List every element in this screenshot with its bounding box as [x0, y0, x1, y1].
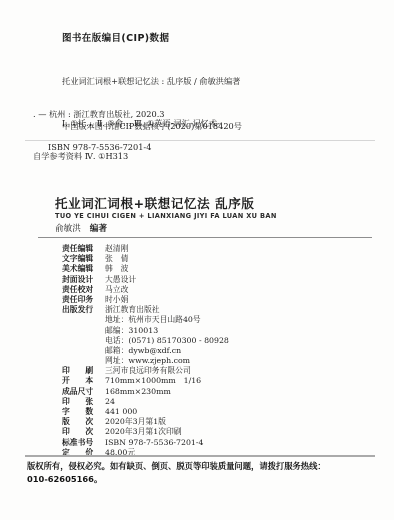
credit-row: 出版发行 浙江教育出版社	[62, 305, 229, 315]
credit-value: 赵清刚	[105, 244, 128, 254]
spec-row: 版 次 2020年3月第1版	[62, 417, 229, 427]
credit-row: 责任编辑 赵清刚	[62, 244, 229, 254]
cip-record-number: 中国版本图书馆CIP数据核字(2020)第018420号	[62, 121, 242, 132]
spec-label: 开 本	[62, 376, 105, 386]
credit-label: 出版发行	[62, 305, 105, 315]
spec-value: 24	[105, 397, 115, 407]
cip-header: 图书在版编目(CIP)数据	[62, 30, 169, 44]
spec-row: 印 刷 三河市良远印务有限公司	[62, 366, 229, 376]
spec-row: 标准书号 ISBN 978-7-5536-7201-4	[62, 438, 229, 448]
publisher-detail-line: 地址：杭州市天目山路40号	[62, 315, 229, 325]
spec-value: 2020年3月第1次印刷	[105, 427, 182, 437]
divider	[25, 455, 375, 457]
publisher-detail-line: 邮编：310013	[62, 326, 229, 336]
copyright-notice-line: 版权所有，侵权必究。如有缺页、倒页、脱页等印装质量问题，请拨打服务热线：	[27, 460, 373, 473]
spec-label: 字 数	[62, 407, 105, 417]
spec-label: 印 张	[62, 397, 105, 407]
spec-row: 成品尺寸 168mm×230mm	[62, 387, 229, 397]
credit-row: 文字编辑 张 倩	[62, 254, 229, 264]
copyright-notice: 版权所有，侵权必究。如有缺页、倒页、脱页等印装质量问题，请拨打服务热线： 010…	[27, 460, 373, 485]
divider	[38, 237, 372, 238]
spec-label: 成品尺寸	[62, 387, 105, 397]
spec-label: 版 次	[62, 417, 105, 427]
credit-row: 责任校对 马立改	[62, 285, 229, 295]
book-copyright-page: 图书在版编目(CIP)数据 托业词汇词根+联想记忆法 : 乱序版 / 俞敏洪编著…	[0, 0, 394, 520]
spec-row: 开 本 710mm×1000mm 1/16	[62, 376, 229, 386]
credit-value: 浙江教育出版社	[105, 305, 160, 315]
book-title: 托业词汇词根+联想记忆法 乱序版	[55, 194, 254, 212]
publication-info: 责任编辑 赵清刚 文字编辑 张 倩 美术编辑 韩 波 封面设计 大愚设计 责任校…	[62, 244, 229, 458]
credit-value: 韩 波	[105, 264, 128, 274]
credit-label: 责任印务	[62, 295, 105, 305]
spec-row: 印 次 2020年3月第1次印刷	[62, 427, 229, 437]
author-role: 编著	[90, 224, 107, 234]
spec-label: 标准书号	[62, 438, 105, 448]
book-title-pinyin: TUO YE CIHUI CIGEN + LIANXIANG JIYI FA L…	[55, 212, 277, 220]
spec-row: 字 数 441 000	[62, 407, 229, 417]
publisher-detail-line: 网址：www.zjeph.com	[62, 356, 229, 366]
credit-label: 封面设计	[62, 275, 105, 285]
credit-row: 封面设计 大愚设计	[62, 275, 229, 285]
credit-label: 责任校对	[62, 285, 105, 295]
divider	[25, 140, 375, 141]
spec-label: 印 刷	[62, 366, 105, 376]
credit-value: 时小娟	[105, 295, 128, 305]
classification-line: 自学参考资料 Ⅳ. ①H313	[33, 151, 220, 162]
credit-row: 美术编辑 韩 波	[62, 264, 229, 274]
publisher-detail-line: 电话：(0571) 85170300 - 80928	[62, 336, 229, 346]
spec-value: 710mm×1000mm 1/16	[105, 376, 201, 386]
credit-value: 张 倩	[105, 254, 128, 264]
author-line: 俞敏洪编著	[55, 222, 107, 234]
credit-label: 美术编辑	[62, 264, 105, 274]
spec-value: 441 000	[105, 407, 137, 417]
spec-row: 印 张 24	[62, 397, 229, 407]
spec-value: 2020年3月第1版	[105, 417, 166, 427]
spec-label: 印 次	[62, 427, 105, 437]
credit-row: 责任印务 时小娟	[62, 295, 229, 305]
copyright-notice-line: 010-62605166。	[27, 473, 373, 486]
credit-value: 马立改	[105, 285, 128, 295]
publisher-detail-line: 邮箱：dywb@xdf.cn	[62, 346, 229, 356]
credit-label: 文字编辑	[62, 254, 105, 264]
spec-value: ISBN 978-7-5536-7201-4	[105, 438, 203, 448]
spec-value: 三河市良远印务有限公司	[105, 366, 191, 376]
spec-value: 168mm×230mm	[105, 387, 171, 397]
credit-value: 大愚设计	[105, 275, 136, 285]
author-name: 俞敏洪	[55, 224, 81, 234]
cip-line: 托业词汇词根+联想记忆法 : 乱序版 / 俞敏洪编著	[33, 76, 240, 87]
credit-label: 责任编辑	[62, 244, 105, 254]
